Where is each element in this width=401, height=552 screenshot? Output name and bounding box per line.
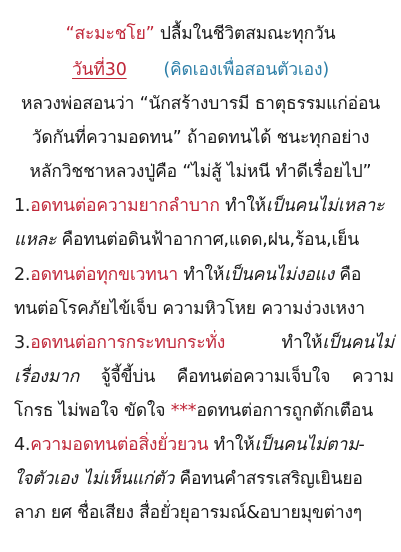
item-3-line-3: โกรธ ไม่พอใจ ขัดใจ ***อดทนต่อการถูกตักเต… bbox=[14, 399, 394, 423]
item-text: ความ bbox=[352, 365, 394, 389]
item-2-line-1: 2.อดทนต่อทุกขเวทนา ทำให้เป็นคนไม่งอแง คื… bbox=[14, 263, 394, 287]
item-1-line-1: 1.อดทนต่อความยากลำบาก ทำให้เป็นคนไม่เหลา… bbox=[14, 194, 394, 218]
item-text: อดทนต่อการถูกตักเตือน bbox=[196, 401, 373, 421]
day-label: วันที่30 bbox=[72, 60, 127, 80]
item-number: 4. bbox=[14, 435, 30, 455]
item-text-italic: เรื่องมาก bbox=[14, 365, 79, 389]
emphasis-stars: *** bbox=[171, 401, 197, 421]
item-result-italic: เป็นคนไม่งอแง bbox=[224, 265, 334, 285]
item-result-tail: คือ bbox=[334, 265, 361, 285]
intro-line-3: หลักวิชชาหลวงปู่คือ “ไม่สู้ ไม่หนี ทำดีเ… bbox=[0, 160, 401, 184]
item-text: คือทนต่อความเจ็บใจ bbox=[177, 365, 331, 389]
title-quoted-name: “สะมะชโย” bbox=[66, 24, 155, 44]
item-result-italic: เป็นคนไม่ bbox=[322, 333, 394, 353]
item-4-line-2: ใจตัวเอง ไม่เห็นแก่ตัว คือทนคำสรรเสริญเย… bbox=[14, 467, 394, 491]
item-result: ทำให้ bbox=[281, 333, 322, 353]
item-result-italic: เป็นคนไม่ตาม- bbox=[255, 435, 365, 455]
subtitle-note: (คิดเองเพื่อสอนตัวเอง) bbox=[163, 60, 329, 80]
item-result: ทำให้ bbox=[220, 196, 266, 216]
intro-line-2: วัดกันที่ความอดทน” ถ้าอดทนได้ ชนะทุกอย่า… bbox=[0, 126, 401, 150]
item-result-italic: เป็นคนไม่เหลาะ bbox=[266, 196, 384, 216]
item-heading: ความอดทนต่อสิ่งยั่วยวน bbox=[30, 435, 208, 455]
item-4-line-3: ลาภ ยศ ชื่อเสียง สื่อยั่วยุอารมณ์&อบายมุ… bbox=[14, 501, 394, 525]
document-page: “สะมะชโย” ปลื้มในชีวิตสมณะทุกวัน วันที่3… bbox=[0, 0, 401, 552]
item-text-italic: แหละ bbox=[14, 230, 56, 250]
intro-line-1: หลวงพ่อสอนว่า “นักสร้างบารมี ธาตุธรรมแก่… bbox=[0, 92, 401, 116]
item-text: คือทนต่อดินฟ้าอากาศ,แดด,ฝน,ร้อน,เย็น bbox=[56, 230, 359, 250]
item-3-line-2: เรื่องมาก จู้จี้ขี้บ่น คือทนต่อความเจ็บใ… bbox=[14, 365, 394, 389]
item-2-line-2: ทนต่อโรคภัยไข้เจ็บ ความหิวโหย ความง่วงเห… bbox=[14, 297, 394, 321]
title-rest: ปลื้มในชีวิตสมณะทุกวัน bbox=[155, 24, 336, 44]
item-result: ทำให้ bbox=[178, 265, 224, 285]
subtitle-line: วันที่30 (คิดเองเพื่อสอนตัวเอง) bbox=[0, 58, 401, 82]
item-number: 3. bbox=[14, 333, 30, 353]
item-number: 1. bbox=[14, 196, 30, 216]
title-line: “สะมะชโย” ปลื้มในชีวิตสมณะทุกวัน bbox=[0, 22, 401, 46]
item-text: คือทนคำสรรเสริญเยินยอ bbox=[174, 469, 363, 489]
item-heading: อดทนต่อความยากลำบาก bbox=[30, 196, 220, 216]
item-heading: อดทนต่อการกระทบกระทั่ง bbox=[30, 333, 225, 353]
item-3-line-1: 3.อดทนต่อการกระทบกระทั่ง ทำให้เป็นคนไม่ bbox=[14, 331, 394, 355]
item-heading: อดทนต่อทุกขเวทนา bbox=[30, 265, 178, 285]
item-4-line-1: 4.ความอดทนต่อสิ่งยั่วยวน ทำให้เป็นคนไม่ต… bbox=[14, 433, 394, 457]
item-text: โกรธ ไม่พอใจ ขัดใจ bbox=[14, 401, 171, 421]
item-text-italic: ใจตัวเอง ไม่เห็นแก่ตัว bbox=[14, 469, 174, 489]
item-result: ทำให้ bbox=[208, 435, 254, 455]
item-1-line-2: แหละ คือทนต่อดินฟ้าอากาศ,แดด,ฝน,ร้อน,เย็… bbox=[14, 228, 394, 252]
item-number: 2. bbox=[14, 265, 30, 285]
item-text: จู้จี้ขี้บ่น bbox=[101, 365, 156, 389]
